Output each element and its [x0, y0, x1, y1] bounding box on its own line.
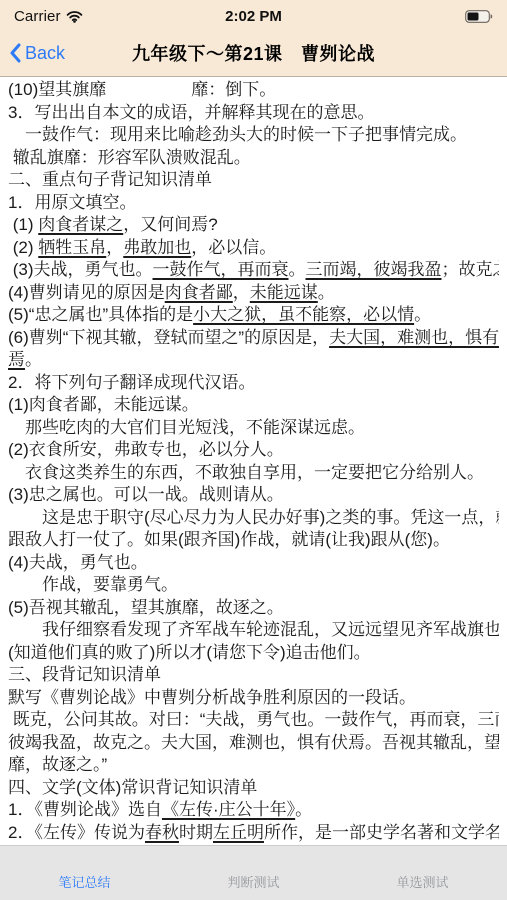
- content-line: 我仔细察看发现了齐军战车轮迹混乱，又远远望见齐军战旗也倒，: [8, 619, 499, 642]
- wifi-icon: [66, 10, 83, 23]
- content-line: 1．用原文填空。: [8, 192, 499, 215]
- content-line: (5)“忠之属也”具体指的是小大之狱，虽不能察，必以情。: [8, 304, 499, 327]
- content-line: 四、文学(文体)常识背记知识清单: [8, 777, 499, 800]
- content-line: 三、段背记知识清单: [8, 664, 499, 687]
- tab-single-choice-test[interactable]: 单选测试: [338, 846, 507, 900]
- content-line: (知道他们真的败了)所以才(请您下令)追击他们。: [8, 642, 499, 665]
- content-line: (1)肉食者鄙，未能远谋。: [8, 394, 499, 417]
- content-line: 默写《曹刿论战》中曹刿分析战争胜利原因的一段话。: [8, 687, 499, 710]
- app-window: Carrier 2:02 PM: [0, 0, 507, 900]
- status-right: [465, 10, 493, 23]
- content-line: (10)望其旗靡 靡：倒下。: [8, 79, 499, 102]
- chevron-left-icon: [9, 43, 21, 63]
- content-line: (2) 牺牲玉帛，弗敢加也，必以信。: [8, 237, 499, 260]
- content-line: 靡，故逐之。”: [8, 754, 499, 777]
- content-line: (3)夫战，勇气也。一鼓作气，再而衰。三而竭，彼竭我盈；故克之。: [8, 259, 499, 282]
- back-label: Back: [25, 43, 65, 64]
- battery-icon: [465, 10, 493, 23]
- content-line: (6)曹刿“下视其辙，登轼而望之”的原因是，夫大国，难测也，惧有伏: [8, 327, 499, 350]
- page-title: 九年级下～第21课 曹刿论战: [0, 40, 507, 66]
- tab-judgment-test[interactable]: 判断测试: [169, 846, 338, 900]
- content-area[interactable]: (10)望其旗靡 靡：倒下。3．写出出自本文的成语，并解释其现在的意思。 一鼓作…: [0, 77, 507, 845]
- content-line: 焉。: [8, 349, 499, 372]
- content-line: 1．《曹刿论战》选自《左传·庄公十年》。: [8, 799, 499, 822]
- back-button[interactable]: Back: [9, 43, 65, 64]
- content-line: 辙乱旗靡：形容军队溃败混乱。: [8, 147, 499, 170]
- tab-label: 笔记总结: [58, 872, 110, 891]
- content-line: 二、重点句子背记知识清单: [8, 169, 499, 192]
- content-line: 2．《左传》传说为春秋时期左丘明所作，是一部史学名著和文学名著。: [8, 822, 499, 845]
- content-line: (4)夫战，勇气也。: [8, 552, 499, 575]
- tab-bar: 笔记总结判断测试单选测试: [0, 845, 507, 900]
- content-line: 彼竭我盈，故克之。夫大国，难测也，惧有伏焉。吾视其辙乱，望其旗: [8, 732, 499, 755]
- content-line: 3．写出出自本文的成语，并解释其现在的意思。: [8, 102, 499, 125]
- content-line: 这是忠于职守(尽心尽力为人民办好事)之类的事。凭这一点，就可以: [8, 507, 499, 530]
- navigation-bar: Back 九年级下～第21课 曹刿论战: [0, 30, 507, 77]
- content-line: 2．将下列句子翻译成现代汉语。: [8, 372, 499, 395]
- content-line: (4)曹刿请见的原因是肉食者鄙，未能远谋。: [8, 282, 499, 305]
- content-line: 一鼓作气：现用来比喻趁劲头大的时候一下子把事情完成。: [8, 124, 499, 147]
- content-line: (2)衣食所安，弗敢专也，必以分人。: [8, 439, 499, 462]
- tab-notes-summary[interactable]: 笔记总结: [0, 846, 169, 900]
- carrier-label: Carrier: [14, 8, 61, 25]
- content-line: 跟敌人打一仗了。如果(跟齐国)作战，就请(让我)跟从(您)。: [8, 529, 499, 552]
- content-line: 作战，要靠勇气。: [8, 574, 499, 597]
- status-left: Carrier: [14, 8, 83, 25]
- content-line: (5)吾视其辙乱，望其旗靡，故逐之。: [8, 597, 499, 620]
- content-line: 既克，公问其故。对曰：“夫战，勇气也。一鼓作气，再而衰，三而竭。: [8, 709, 499, 732]
- content-line: (3)忠之属也。可以一战。战则请从。: [8, 484, 499, 507]
- content-line: 那些吃肉的大官们目光短浅，不能深谋远虑。: [8, 417, 499, 440]
- content-line: 衣食这类养生的东西，不敢独自享用，一定要把它分给别人。: [8, 462, 499, 485]
- status-bar: Carrier 2:02 PM: [0, 0, 507, 30]
- tab-label: 单选测试: [396, 872, 448, 891]
- tab-label: 判断测试: [227, 872, 279, 891]
- content-line: (1) 肉食者谋之，又何间焉?: [8, 214, 499, 237]
